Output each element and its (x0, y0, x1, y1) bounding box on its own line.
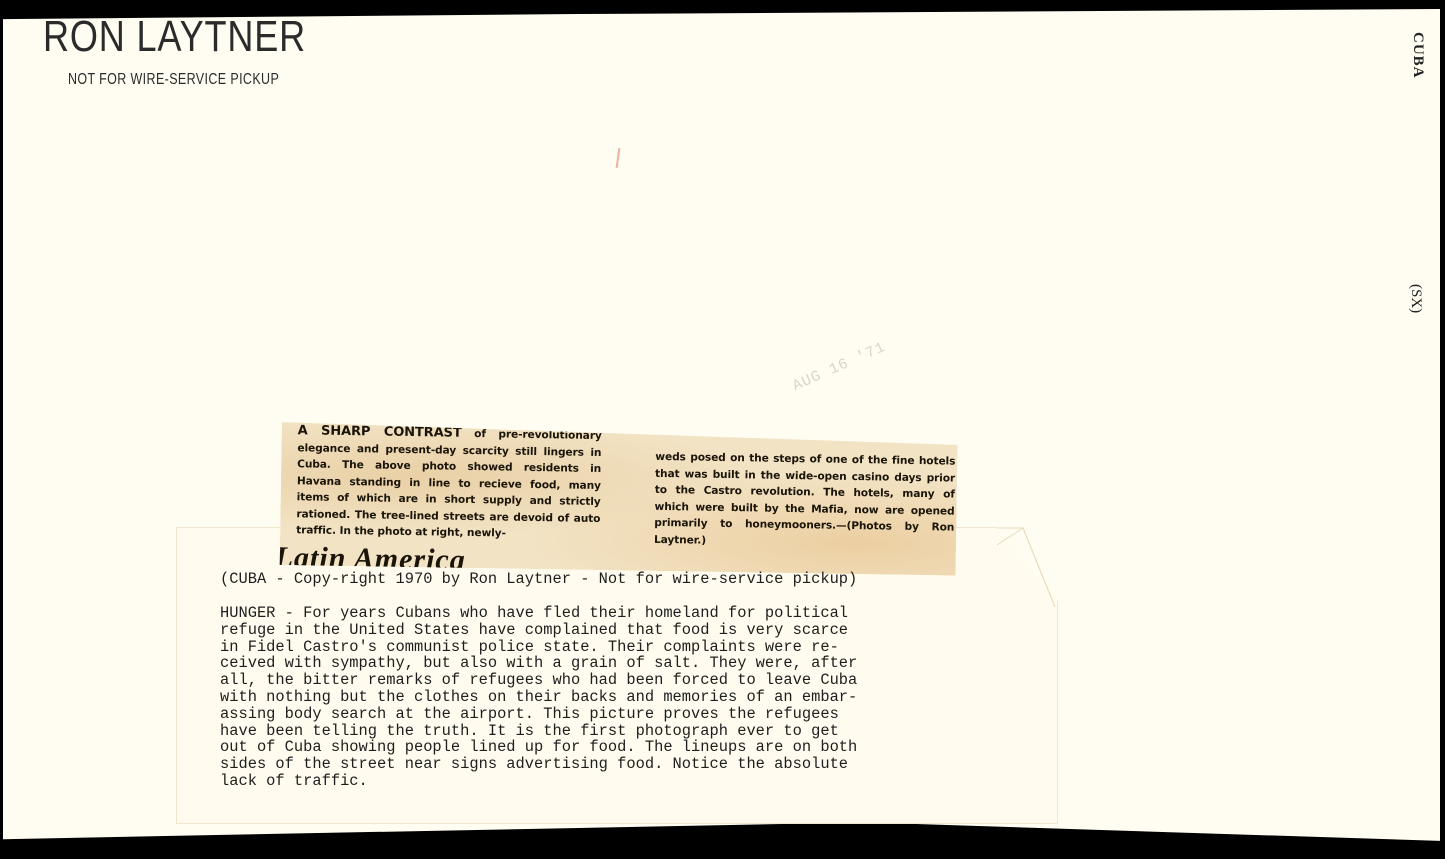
caption-line: have been telling the truth. It is the f… (220, 723, 857, 740)
photographer-stamp: RON LAYTNER (43, 12, 306, 62)
caption-line: all, the bitter remarks of refugees who … (220, 672, 857, 689)
caption-body: HUNGER - For years Cubans who have fled … (220, 605, 857, 790)
clipping-right-column: weds posed on the steps of one of the fi… (654, 449, 956, 553)
clipping-left-column: A SHARP CONTRAST of pre-revolutionary el… (296, 423, 602, 543)
caption-line: HUNGER - For years Cubans who have fled … (220, 605, 857, 622)
copyright-line: (CUBA - Copy-right 1970 by Ron Laytner -… (220, 571, 857, 588)
caption-line: out of Cuba showing people lined up for … (220, 739, 857, 756)
restriction-stamp: NOT FOR WIRE-SERVICE PICKUP (68, 71, 279, 89)
subject-label: CUBA (1409, 32, 1426, 79)
code-label: (SX) (1407, 284, 1424, 313)
caption-line: assing body search at the airport. This … (220, 706, 857, 723)
clipping-left-text: of pre-revolutionary elegance and presen… (296, 428, 602, 540)
caption-line: with nothing but the clothes on their ba… (220, 689, 857, 706)
folded-corner-icon (995, 527, 1057, 607)
caption-line: refuge in the United States have complai… (220, 622, 857, 639)
caption-line: lack of traffic. (220, 773, 857, 790)
caption-line: sides of the street near signs advertisi… (220, 756, 857, 773)
caption-line: ceived with sympathy, but also with a gr… (220, 655, 857, 672)
caption-line: in Fidel Castro's communist police state… (220, 639, 857, 656)
